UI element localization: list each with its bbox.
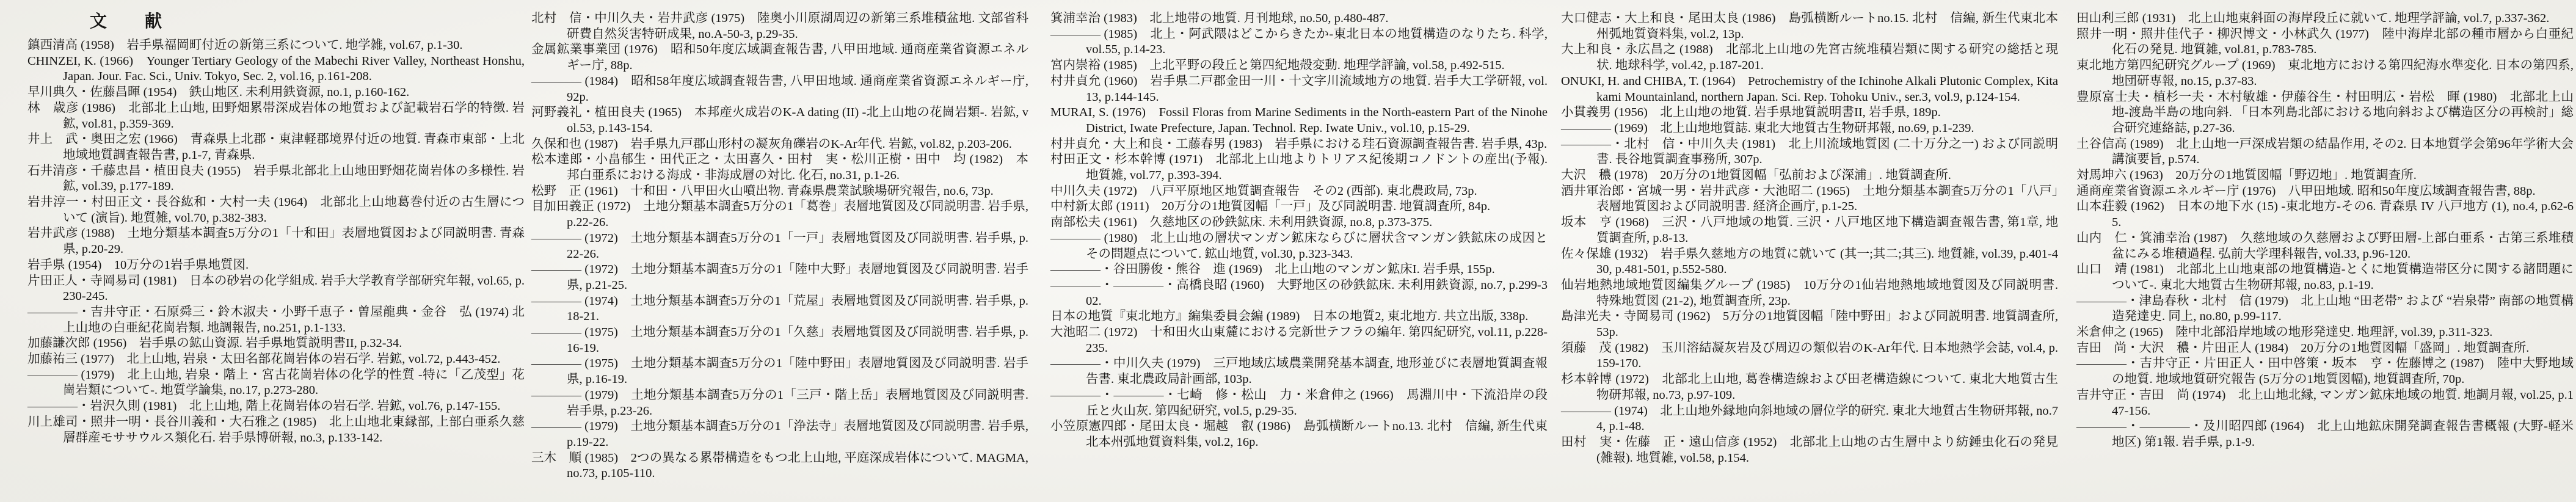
reference-entry: CHINZEI, K. (1966) Younger Tertiary Geol… [27,54,525,85]
reference-entry: 通商産業省資源エネルギー庁 (1976) 八甲田地域. 昭和50年度広域調査報告… [2076,184,2574,200]
reference-entry: 小笠原憲四郎・尾田太良・堀越 叡 (1986) 島弧横断ルートno.13. 北村… [1050,419,1548,450]
reference-entry: 山口 靖 (1981) 北部北上山地東部の地質構造-とくに地質構造帯区分に関する… [2076,262,2574,293]
reference-entry: 箕浦幸治 (1983) 北上地帯の地質. 月刊地球, no.50, p.480-… [1050,11,1548,27]
reference-entry: 杉本幹博 (1972) 北部北上山地, 葛巻構造線および田老構造線について. 東… [1561,372,2058,403]
reference-column-2: 北村 信・中川久夫・岩井武彦 (1975) 陸奥小川原湖周辺の新第三系堆積盆地.… [531,11,1028,482]
reference-entry: 酒井軍治郎・宮城一男・岩井武彦・大池昭二 (1965) 土地分類基本調査5万分の… [1561,184,2058,215]
reference-entry: ———— (1972) 土地分類基本調査5万分の1「一戸」表層地質図及び同説明書… [531,231,1028,262]
reference-entry: 須藤 茂 (1982) 玉川溶結凝灰岩及び周辺の類似岩のK-Ar年代. 日本地熱… [1561,341,2058,372]
reference-entry: ————・岩沢久則 (1981) 北上山地, 階上花崗岩体の岩石学. 岩鉱, v… [27,399,525,415]
reference-column-3: 箕浦幸治 (1983) 北上地帯の地質. 月刊地球, no.50, p.480-… [1050,11,1548,451]
reference-entry: ————・吉井守正・片田正人・田中啓策・坂本 亨・佐藤博之 (1987) 陸中大… [2076,356,2574,387]
reference-entry: 片田正人・寺岡易司 (1981) 日本の砂岩の化学組成. 岩手大学教育学部研究年… [27,274,525,305]
reference-entry: 石井清彦・千藤忠昌・植田良夫 (1955) 岩手県北部北上山地田野畑花崗岩体の多… [27,164,525,195]
reference-entry: 小貫義男 (1956) 北上山地の地質. 岩手県地質説明書II, 岩手県, 18… [1561,105,2058,121]
reference-entry: ———— (1974) 北上山地外縁地向斜地域の層位学的研究. 東北大地質古生物… [1561,404,2058,435]
reference-entry: 土谷信高 (1989) 北上山地一戸深成岩類の結晶作用, その2. 日本地質学会… [2076,137,2574,168]
reference-entry: 対馬坤六 (1963) 20万分の1地質図幅「野辺地」. 地質調査所. [2076,168,2574,184]
reference-entry: 吉田 尚・大沢 穠・片田正人 (1984) 20万分の1地質図幅「盛岡」. 地質… [2076,341,2574,357]
reference-entry: 山本荘毅 (1962) 日本の地下水 (15) -東北地方-その6. 青森県 I… [2076,199,2574,230]
reference-entry: 林 歳彦 (1986) 北部北上山地, 田野畑累帯深成岩体の地質および記載岩石学… [27,101,525,132]
reference-entry: 村井貞允 (1960) 岩手県二戸郡金田一川・十文字川流域地方の地質. 岩手大工… [1050,74,1548,105]
reference-entry: 鎮西清高 (1958) 岩手県福岡町付近の新第三系について. 地学雑, vol.… [27,38,525,54]
reference-entry: ————・————・高橋良昭 (1960) 大野地区の砂鉄鉱床. 未利用鉄資源,… [1050,278,1548,309]
reference-entry: ————・中川久夫 (1979) 三戸地域広域農業開発基本調査, 地形並びに表層… [1050,356,1548,387]
reference-entry: MURAI, S. (1976) Fossil Floras from Mari… [1050,105,1548,136]
reference-entry: ————・北村 信・中川久夫 (1981) 北上川流域地質図 (二十万分之一) … [1561,137,2058,168]
reference-entry: 村田正文・杉本幹博 (1971) 北部北上山地よりトリアス紀後期コノドントの産出… [1050,152,1548,183]
reference-entry: ———— (1969) 北上山地地質誌. 東北大地質古生物研邦報, no.69,… [1561,121,2058,137]
bibliography-page: 文 献 鎮西清高 (1958) 岩手県福岡町付近の新第三系について. 地学雑, … [0,0,2576,502]
reference-entry: ————・吉井守正・石原舜三・鈴木淑夫・小野千恵子・曽屋龍典・金谷 弘 (197… [27,305,525,336]
reference-entry: ————・————・七崎 修・松山 力・米倉伸之 (1966) 馬淵川中・下流沿… [1050,388,1548,419]
reference-entry: 目加田義正 (1972) 土地分類基本調査5万分の1「葛巻」表層地質図及び同説明… [531,199,1028,230]
reference-entry: 大口健志・大上和良・尾田太良 (1986) 島弧横断ルートno.15. 北村 信… [1561,11,2058,42]
reference-entry: ONUKI, H. and CHIBA, T. (1964) Petrochem… [1561,74,2058,105]
reference-entry: 早川典久・佐藤昌暉 (1954) 鉄山地区. 未利用鉄資源, no.1, p.1… [27,85,525,101]
reference-entry: 加藤謙次郎 (1956) 岩手県の鉱山資源. 岩手県地質説明書II, p.32-… [27,336,525,352]
reference-entry: 田村 実・佐藤 正・遠山信彦 (1952) 北部北上山地の古生層中より紡錘虫化石… [1561,435,2058,466]
reference-entry: ———— (1979) 土地分類基本調査5万分の1「浄法寺」表層地質図及び同説明… [531,419,1028,450]
reference-entry: ———— (1979) 北上山地, 岩泉・階上・宮古花崗岩体の化学的性質 -特に… [27,368,525,399]
reference-entry: ———— (1974) 土地分類基本調査5万分の1「荒屋」表層地質図及び同説明書… [531,294,1028,325]
reference-entry: ———— (1975) 土地分類基本調査5万分の1「陸中野田」表層地質図及び同説… [531,356,1028,387]
reference-entry: 東北地方第四紀研究グループ (1969) 東北地方における第四紀海水準変化. 日… [2076,58,2574,89]
reference-entry: 川上雄司・照井一明・長谷川義和・大石雅之 (1985) 北上山地北東縁部, 上部… [27,415,525,446]
reference-entry: ———— (1979) 土地分類基本調査5万分の1「三戸・階上岳」表層地質図及び… [531,388,1028,419]
reference-entry: ———— (1975) 土地分類基本調査5万分の1「久慈」表層地質図及び同説明書… [531,325,1028,356]
reference-entry: 坂本 亨 (1968) 三沢・八戸地域の地質. 三沢・八戸地区地下構造調査報告書… [1561,215,2058,246]
reference-entry: 大上和良・永広昌之 (1988) 北部北上山地の先宮古統堆積岩類に関する研究の総… [1561,42,2058,73]
reference-entry: 中村新太郎 (1911) 20万分の1地質図幅「一戸」及び同説明書. 地質調査所… [1050,199,1548,215]
reference-entry: 島津光夫・寺岡易司 (1962) 5万分の1地質図幅「陸中野田」および同説明書.… [1561,309,2058,340]
reference-entry: 河野義礼・植田良夫 (1965) 本邦産火成岩のK-A dating (II) … [531,105,1028,136]
reference-entry: 村井貞允・大上和良・工藤春男 (1983) 岩手県における珪石資源調査報告書. … [1050,137,1548,153]
reference-entry: 日本の地質『東北地方』編集委員会編 (1989) 日本の地質2, 東北地方. 共… [1050,309,1548,325]
reference-entry: ————・谷田勝俊・熊谷 進 (1969) 北上山地のマンガン鉱床I. 岩手県,… [1050,262,1548,278]
reference-entry: 久保和也 (1987) 岩手県九戸郡山形村の凝灰角礫岩のK-Ar年代. 岩鉱, … [531,137,1028,153]
reference-entry: 大池昭二 (1972) 十和田火山東麓における完新世テフラの編年. 第四紀研究,… [1050,325,1548,356]
reference-entry: 岩井武彦 (1988) 土地分類基本調査5万分の1「十和田」表層地質図および同説… [27,226,525,257]
reference-entry: 山内 仁・箕浦幸治 (1987) 久慈地域の久慈層および野田層-上部白亜系・古第… [2076,231,2574,262]
reference-column-5: 田山利三郎 (1931) 北上山地東斜面の海岸段丘に就いて. 地理学評論, vo… [2076,11,2574,451]
reference-entry: 宮内崇裕 (1985) 上北平野の段丘と第四紀地殻変動. 地理学評論, vol.… [1050,58,1548,74]
reference-entry: 三木 順 (1985) 2つの異なる累帯構造をもつ北上山地, 平庭深成岩体につい… [531,451,1028,482]
reference-entry: 照井一明・照井佳代子・柳沢博文・小林武久 (1977) 陸中海岸北部の種市層から… [2076,27,2574,58]
reference-entry: 米倉伸之 (1965) 陸中北部沿岸地域の地形発達史. 地理評, vol.39,… [2076,325,2574,341]
reference-entry: 佐々保雄 (1932) 岩手県久慈地方の地質に就いて (其一;其二;其三). 地… [1561,247,2058,278]
reference-entry: 加藤祐三 (1977) 北上山地, 岩泉・太田名部花崗岩体の岩石学. 岩鉱, v… [27,352,525,368]
reference-entry: 北村 信・中川久夫・岩井武彦 (1975) 陸奥小川原湖周辺の新第三系堆積盆地.… [531,11,1028,42]
reference-entry: ———— (1980) 北上山地の層状マンガン鉱床ならびに層状含マンガン鉄鉱床の… [1050,231,1548,262]
reference-entry: 松本達郎・小畠郁生・田代正之・太田喜久・田村 実・松川正樹・田中 均 (1982… [531,152,1028,183]
reference-entry: ————・————・及川昭四郎 (1964) 北上山地鉱床開発調査報告書概報 (… [2076,419,2574,450]
reference-entry: 大沢 穠 (1978) 20万分の1地質図幅「弘前および深浦」. 地質調査所. [1561,168,2058,184]
section-heading: 文 献 [90,12,525,32]
reference-entry: ———— (1972) 土地分類基本調査5万分の1「陸中大野」表層地質図及び同説… [531,262,1028,293]
reference-entry: 田山利三郎 (1931) 北上山地東斜面の海岸段丘に就いて. 地理学評論, vo… [2076,11,2574,27]
reference-entry: 岩手県 (1954) 10万分の1岩手県地質図. [27,258,525,274]
reference-entry: 中川久夫 (1972) 八戸平原地区地質調査報告 その2 (西部). 東北農政局… [1050,184,1548,200]
reference-entry: 仙岩地熱地域地質図編集グループ (1985) 10万分の1仙岩地熱地域地質図及び… [1561,278,2058,309]
reference-entry-list: 鎮西清高 (1958) 岩手県福岡町付近の新第三系について. 地学雑, vol.… [27,38,525,446]
reference-entry: ————・津島春秋・北村 信 (1979) 北上山地 “田老帯” および “岩泉… [2076,294,2574,325]
reference-entry: 豊原富士夫・植杉一夫・木村敏雄・伊藤谷生・村田明広・岩松 暉 (1980) 北部… [2076,90,2574,137]
reference-entry: 金属鉱業事業団 (1976) 昭和50年度広域調査報告書, 八甲田地域. 通商産… [531,42,1028,73]
reference-entry: ———— (1984) 昭和58年度広域調査報告書, 八甲田地域. 通商産業省資… [531,74,1028,105]
reference-column-4: 大口健志・大上和良・尾田太良 (1986) 島弧横断ルートno.15. 北村 信… [1561,11,2058,466]
reference-entry: 吉井守正・吉田 尚 (1974) 北上山地北縁, マンガン鉱床地域の地質. 地調… [2076,388,2574,419]
reference-entry: 南部松夫 (1961) 久慈地区の砂鉄鉱床. 未利用鉄資源, no.8, p.3… [1050,215,1548,231]
reference-entry: 岩井淳一・村田正文・長谷紘和・大村一夫 (1964) 北部北上山地葛巻付近の古生… [27,195,525,226]
reference-entry: 井上 武・奥田之宏 (1966) 青森県上北郡・東津軽郡境界付近の地質. 青森市… [27,132,525,163]
reference-column-1: 文 献 鎮西清高 (1958) 岩手県福岡町付近の新第三系について. 地学雑, … [27,11,525,446]
reference-entry: ———— (1985) 北上・阿武隈はどこからきたか-東北日本の地質構造のなりた… [1050,27,1548,58]
reference-entry: 松野 正 (1961) 十和田・八甲田火山噴出物. 青森県農業試験場研究報告, … [531,184,1028,200]
